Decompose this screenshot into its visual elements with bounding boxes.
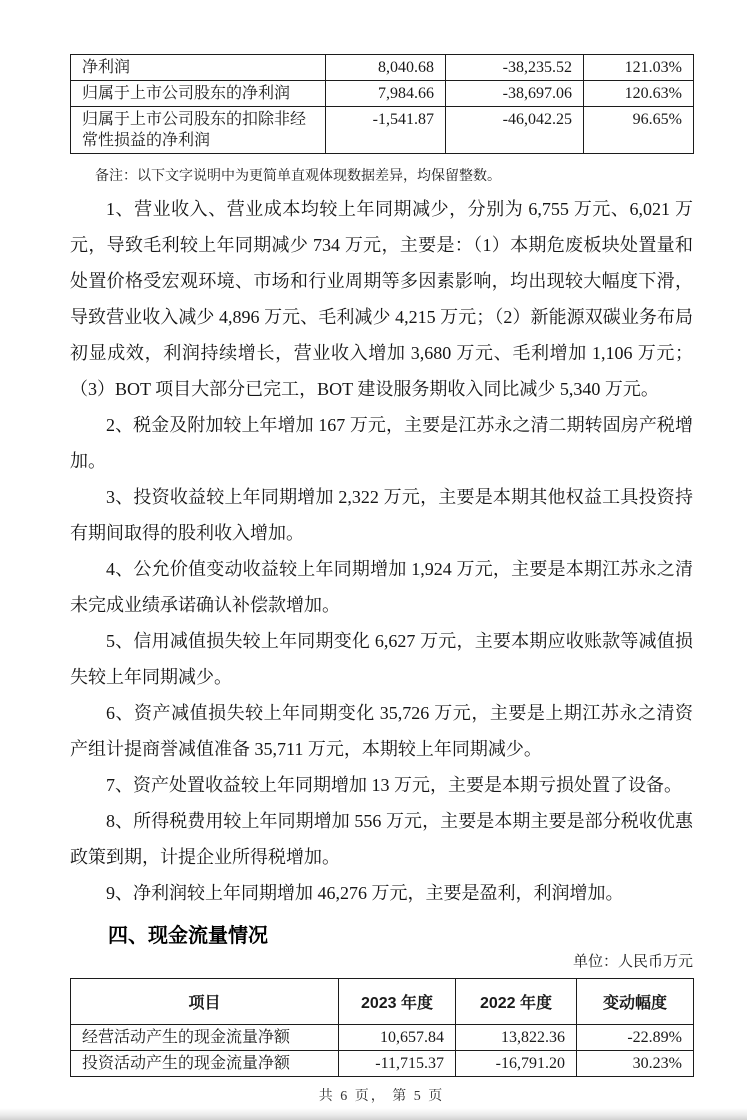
row-label: 经营活动产生的现金流量净额	[71, 1025, 339, 1051]
cash-flow-table: 项目 2023 年度 2022 年度 变动幅度 经营活动产生的现金流量净额 10…	[70, 978, 694, 1077]
section-heading: 四、现金流量情况	[108, 923, 693, 949]
value-change: -22.89%	[577, 1025, 694, 1051]
value-2022: 13,822.36	[456, 1025, 577, 1051]
row-label: 投资活动产生的现金流量净额	[71, 1051, 339, 1077]
value-2022: -38,235.52	[446, 55, 584, 81]
paragraph-7: 7、资产处置收益较上年同期增加 13 万元，主要是本期亏损处置了设备。	[70, 767, 693, 803]
table-row: 投资活动产生的现金流量净额 -11,715.37 -16,791.20 30.2…	[71, 1051, 694, 1077]
value-2022: -16,791.20	[456, 1051, 577, 1077]
profit-summary-table: 净利润 8,040.68 -38,235.52 121.03% 归属于上市公司股…	[70, 54, 694, 154]
value-2023: 7,984.66	[326, 81, 446, 107]
value-change: 120.63%	[584, 81, 694, 107]
table-header-row: 项目 2023 年度 2022 年度 变动幅度	[71, 979, 694, 1025]
page-edge	[0, 1108, 747, 1120]
row-label: 净利润	[71, 55, 326, 81]
value-2022: -38,697.06	[446, 81, 584, 107]
paragraph-9: 9、净利润较上年同期增加 46,276 万元，主要是盈利，利润增加。	[70, 875, 693, 911]
value-2023: 10,657.84	[339, 1025, 456, 1051]
row-label: 归属于上市公司股东的净利润	[71, 81, 326, 107]
document-page: 净利润 8,040.68 -38,235.52 121.03% 归属于上市公司股…	[0, 0, 747, 1120]
value-change: 30.23%	[577, 1051, 694, 1077]
table-row: 归属于上市公司股东的净利润 7,984.66 -38,697.06 120.63…	[71, 81, 694, 107]
value-2023: 8,040.68	[326, 55, 446, 81]
value-2023: -11,715.37	[339, 1051, 456, 1077]
paragraph-1: 1、营业收入、营业成本均较上年同期减少，分别为 6,755 万元、6,021 万…	[70, 191, 693, 407]
page-content: 净利润 8,040.68 -38,235.52 121.03% 归属于上市公司股…	[70, 54, 693, 1106]
table-row: 经营活动产生的现金流量净额 10,657.84 13,822.36 -22.89…	[71, 1025, 694, 1051]
header-2023: 2023 年度	[339, 979, 456, 1025]
explanation-paragraphs: 1、营业收入、营业成本均较上年同期减少，分别为 6,755 万元、6,021 万…	[70, 191, 693, 911]
value-change: 121.03%	[584, 55, 694, 81]
unit-label: 单位：人民币万元	[70, 953, 693, 971]
table-row: 归属于上市公司股东的扣除非经常性损益的净利润 -1,541.87 -46,042…	[71, 107, 694, 154]
page-number-footer: 共 6 页， 第 5 页	[70, 1088, 693, 1106]
paragraph-2: 2、税金及附加较上年增加 167 万元，主要是江苏永之清二期转固房产税增加。	[70, 407, 693, 479]
table-row: 净利润 8,040.68 -38,235.52 121.03%	[71, 55, 694, 81]
paragraph-4: 4、公允价值变动收益较上年同期增加 1,924 万元，主要是本期江苏永之清未完成…	[70, 551, 693, 623]
note-text: 备注：以下文字说明中为更简单直观体现数据差异，均保留整数。	[95, 167, 693, 186]
value-change: 96.65%	[584, 107, 694, 154]
paragraph-5: 5、信用减值损失较上年同期变化 6,627 万元，主要本期应收账款等减值损失较上…	[70, 623, 693, 695]
value-2022: -46,042.25	[446, 107, 584, 154]
paragraph-8: 8、所得税费用较上年同期增加 556 万元，主要是本期主要是部分税收优惠政策到期…	[70, 803, 693, 875]
paragraph-6: 6、资产减值损失较上年同期变化 35,726 万元，主要是上期江苏永之清资产组计…	[70, 695, 693, 767]
value-2023: -1,541.87	[326, 107, 446, 154]
paragraph-3: 3、投资收益较上年同期增加 2,322 万元，主要是本期其他权益工具投资持有期间…	[70, 479, 693, 551]
header-2022: 2022 年度	[456, 979, 577, 1025]
row-label: 归属于上市公司股东的扣除非经常性损益的净利润	[71, 107, 326, 154]
header-change: 变动幅度	[577, 979, 694, 1025]
header-item: 项目	[71, 979, 339, 1025]
